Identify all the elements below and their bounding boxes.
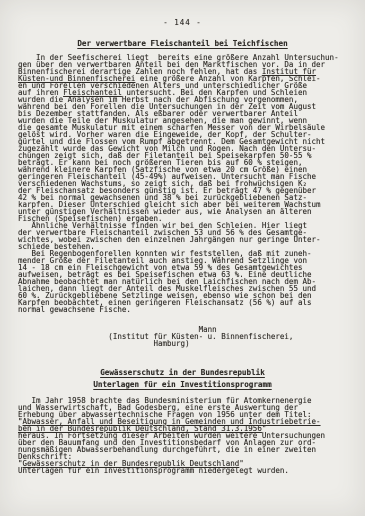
paragraph: Im Jahr 1958 brachte das Bundesministeri… [18, 397, 365, 474]
article-title: Der verwertbare Fleischanteil bei Teichf… [0, 40, 365, 48]
signature-block: Mann (Institut für Küsten- u. Binnenfisc… [18, 326, 365, 347]
section-title: Gewässerschutz in der Bundesrepublik [0, 369, 365, 377]
section-subtitle: Unterlagen für ein Investitionsprogramm [0, 381, 365, 389]
paragraph: In der Seefischerei liegt bereits eine g… [18, 54, 365, 222]
text-line: normal gewachsene Fische. [18, 306, 365, 313]
document-page: - 144 - Der verwertbare Fleischanteil be… [0, 0, 365, 516]
text-line: Hamburg) [18, 340, 365, 347]
text-line: Unterlagen für ein Investitionsprogramm … [18, 467, 365, 474]
paragraph: Ähnliche Verhältnisse finden wir bei den… [18, 222, 365, 250]
article-body: In der Seefischerei liegt bereits eine g… [18, 54, 365, 313]
paragraph: Bei Regenbogenforellen konnten wir fests… [18, 250, 365, 313]
page-number: - 144 - [0, 0, 365, 26]
section-body: Im Jahr 1958 brachte das Bundesministeri… [18, 397, 365, 474]
